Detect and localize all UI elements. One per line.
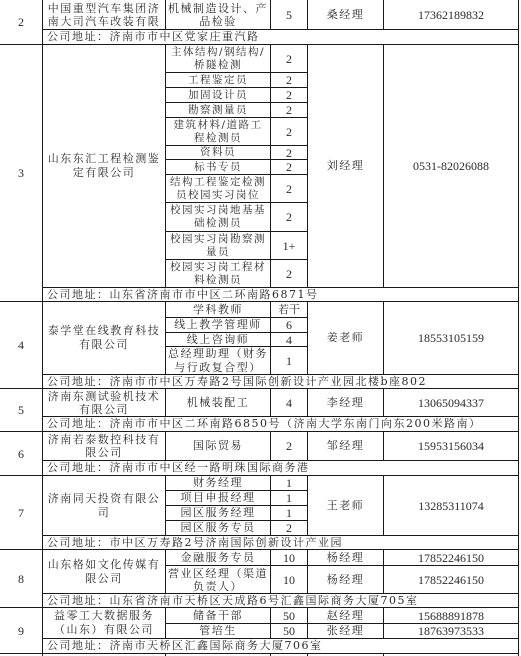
contact-person: 杨经理 <box>307 549 384 566</box>
company-name: 济南东测试验机技术有限公司 <box>42 388 166 417</box>
position-count: 1 <box>270 490 308 506</box>
position-count: 2 <box>270 44 308 73</box>
position-title: 勘察测量员 <box>165 102 271 118</box>
contact-person: 张经理 <box>307 623 384 639</box>
company-name: 济南同天投资有限公司 <box>42 475 166 536</box>
company-name: 济南若泰数控科技有限公司 <box>42 431 166 461</box>
row-number: 2 <box>0 0 43 45</box>
position-count: 2 <box>270 145 308 160</box>
row-number: 9 <box>0 607 43 654</box>
position-title: 主体结构/钢结构/桥隧检测 <box>165 44 271 73</box>
contact-person: 杨经理 <box>307 565 384 594</box>
company-name: 山东东汇工程检测鉴定有限公司 <box>42 44 166 288</box>
contact-person: 刘经理 <box>307 44 384 288</box>
position-title: 园区服务专员 <box>165 520 271 536</box>
row-number: 3 <box>0 44 43 302</box>
position-count: 2 <box>270 117 308 146</box>
position-count: 10 <box>270 549 308 566</box>
contact-person: 邹经理 <box>307 431 384 461</box>
position-title: 线上教学管理师 <box>165 317 271 333</box>
position-count: 2 <box>270 87 308 103</box>
position-title: 资料员 <box>165 145 271 160</box>
position-title: 营业区经理（渠道负责人） <box>165 565 271 594</box>
contact-phone: 15688891878 <box>383 607 519 624</box>
position-title: 总经理助理（财务与行政复合型） <box>165 346 271 375</box>
position-count: 2 <box>270 72 308 88</box>
position-title: 机械制造设计、产品检验 <box>165 0 271 30</box>
contact-person: 姜老师 <box>307 301 384 375</box>
position-count: 6 <box>270 317 308 333</box>
position-count: 10 <box>270 565 308 594</box>
position-title: 结构工程鉴定检测员校园实习岗位 <box>165 174 271 203</box>
company-name: 泰学堂在线教育科技有限公司 <box>42 301 166 375</box>
contact-person: 王老师 <box>307 475 384 536</box>
contact-phone: 15953156034 <box>383 431 519 461</box>
position-title: 标书专员 <box>165 159 271 175</box>
position-count: 2 <box>270 174 308 203</box>
position-title: 储备干部 <box>165 607 271 624</box>
position-title: 学科教师 <box>165 301 271 318</box>
position-count: 50 <box>270 607 308 624</box>
contact-phone: 18763973533 <box>383 623 519 639</box>
contact-phone: 17362189832 <box>383 0 519 30</box>
position-title: 建筑材料/道路工程检测员 <box>165 117 271 146</box>
company-name: 山东格如文化传媒有限公司 <box>42 549 166 594</box>
position-title: 园区服务经理 <box>165 505 271 521</box>
position-count: 2 <box>270 431 308 461</box>
company-address: 公司地址：济南市天桥区汇鑫国际商务大厦706室 <box>42 638 519 654</box>
recruitment-table: 2 中国重型汽车集团济南大司汽车改装有限 机械制造设计、产品检验 5 桑经理 1… <box>0 0 521 656</box>
contact-person: 桑经理 <box>307 0 384 30</box>
position-title: 机械装配工 <box>165 388 271 417</box>
position-count: 2 <box>270 520 308 536</box>
position-title: 校园实习岗勘察测量员 <box>165 231 271 260</box>
company-address: 公司地址：山东省济南市市中区二环南路6871号 <box>42 287 519 302</box>
position-count: 1 <box>270 505 308 521</box>
position-title: 项目申报经理 <box>165 490 271 506</box>
contact-phone: 18553105159 <box>383 301 519 375</box>
position-title: 线上咨询师 <box>165 332 271 347</box>
row-number: 8 <box>0 549 43 608</box>
position-title: 金融服务专员 <box>165 549 271 566</box>
position-title: 校园实习岗工程材料检测员 <box>165 259 271 288</box>
contact-person: 赵经理 <box>307 607 384 624</box>
position-title: 工程鉴定员 <box>165 72 271 88</box>
company-address: 公司地址：市中区万寿路2号济南国际创新设计产业园 <box>42 535 519 550</box>
contact-phone: 17852246150 <box>383 549 519 566</box>
position-count: 5 <box>270 0 308 30</box>
position-title: 校园实习岗地基基础检测员 <box>165 202 271 232</box>
position-count: 2 <box>270 159 308 175</box>
contact-phone: 13285311074 <box>383 475 519 536</box>
contact-phone: 0531-82026088 <box>383 44 519 288</box>
position-count: 4 <box>270 388 308 417</box>
row-number: 4 <box>0 301 43 389</box>
position-count: 1 <box>270 346 308 375</box>
company-address: 公司地址：山东省济南市天桥区天成路6号汇鑫国际商务大厦705室 <box>42 593 519 608</box>
company-address: 公司地址：济南市市中区二环南路6850号（济南大学东南门向东200米路南） <box>42 416 519 432</box>
position-title: 财务经理 <box>165 475 271 491</box>
position-title: 国际贸易 <box>165 431 271 461</box>
row-number: 7 <box>0 475 43 550</box>
position-count: 2 <box>270 259 308 288</box>
position-count: 2 <box>270 202 308 232</box>
position-count: 4 <box>270 332 308 347</box>
position-title: 管培生 <box>165 623 271 639</box>
contact-person: 李经理 <box>307 388 384 417</box>
company-name: 益零工大数据服务（山东）有限公司 <box>42 607 166 639</box>
position-count: 若干 <box>270 301 308 318</box>
company-address: 公司地址：济南市市中区党家庄重汽路 <box>42 29 519 45</box>
position-count: 1 <box>270 475 308 491</box>
contact-phone: 13065094337 <box>383 388 519 417</box>
position-title: 加固设计员 <box>165 87 271 103</box>
row-number: 5 <box>0 388 43 432</box>
position-count: 50 <box>270 623 308 639</box>
company-address: 公司地址：济南市市中区万寿路2号国际创新设计产业园北楼b座802 <box>42 374 519 389</box>
company-name: 中国重型汽车集团济南大司汽车改装有限 <box>42 0 166 30</box>
row-number: 6 <box>0 431 43 476</box>
contact-phone: 17852246150 <box>383 565 519 594</box>
company-address: 公司地址：济南市市中区经一路明珠国际商务港 <box>42 460 519 476</box>
position-count: 1+ <box>270 231 308 260</box>
position-count: 2 <box>270 102 308 118</box>
